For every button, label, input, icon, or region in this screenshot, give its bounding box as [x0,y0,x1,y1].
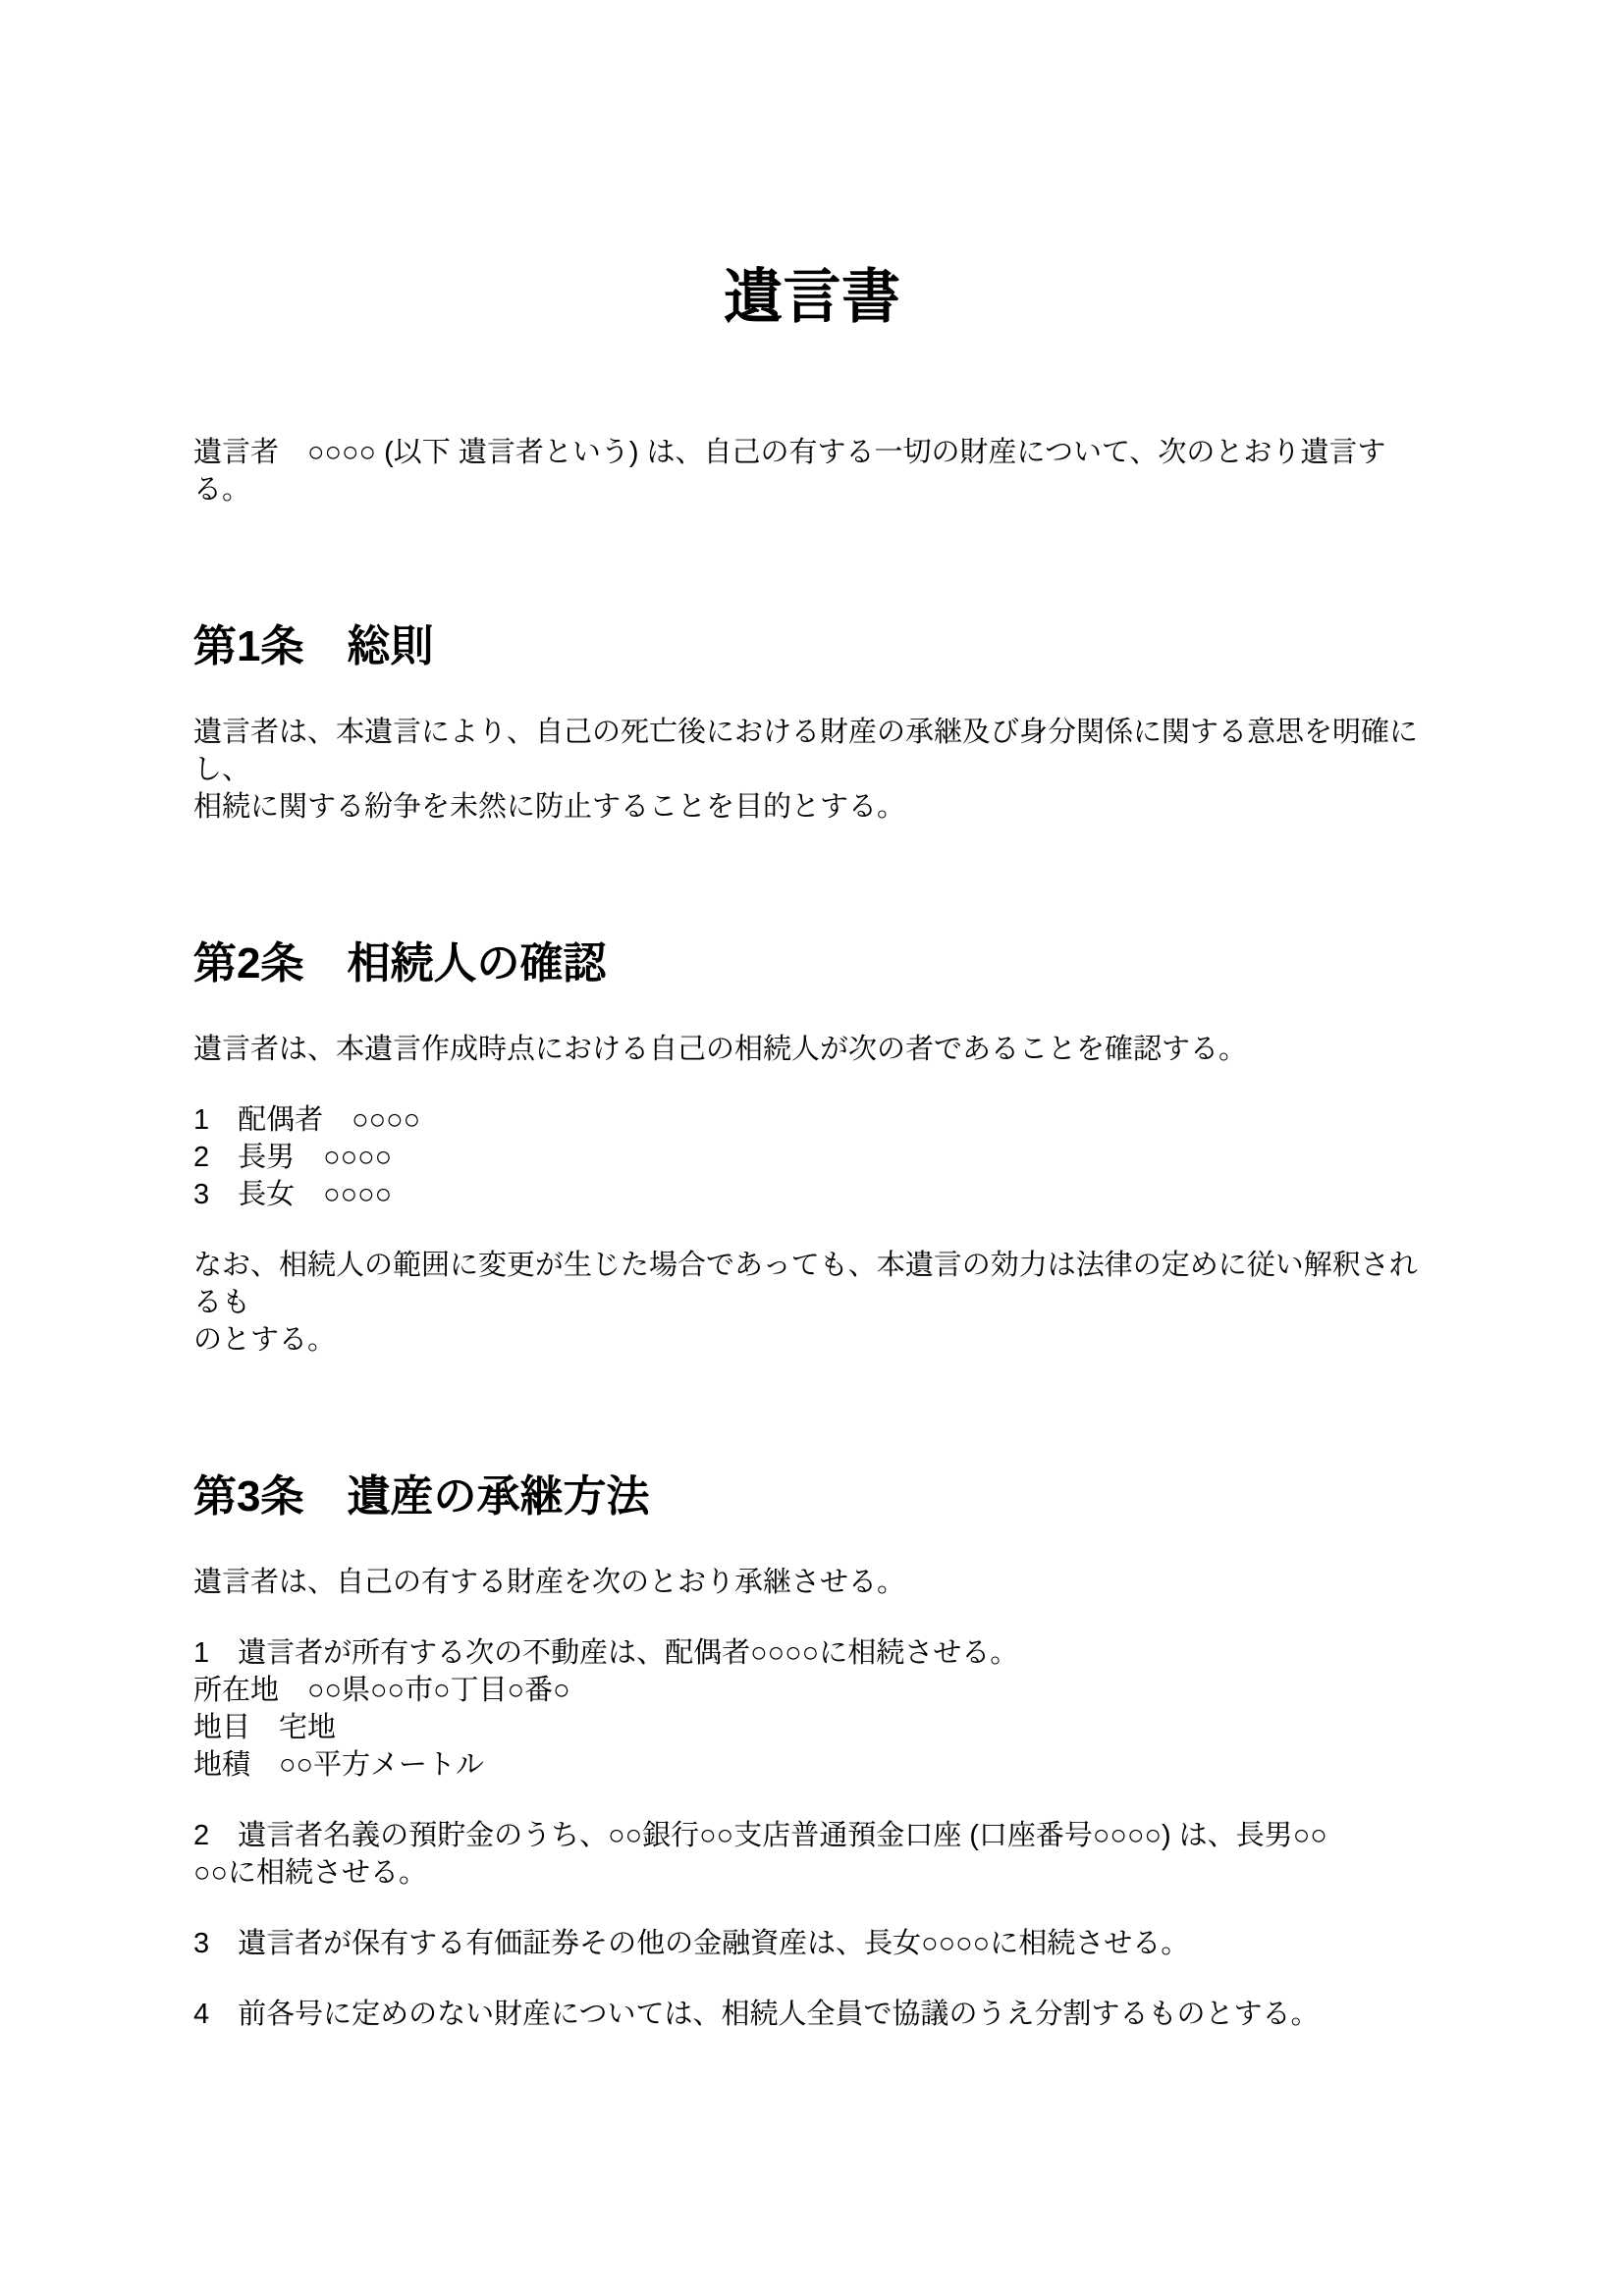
section-3-item-3-securities: 3 遺言者が保有する有価証券その他の金融資産は、長女○○○○に相続させる。 [193,1925,1431,1962]
section-2-heading: 第2条 相続人の確認 [193,935,1431,991]
document-title: 遺言書 [193,259,1431,336]
preamble-paragraph: 遺言者 ○○○○ (以下 遺言者という) は、自己の有する一切の財産について、次… [193,434,1431,508]
section-1: 第1条 総則 遺言者は、本遺言により、自己の死亡後における財産の承継及び身分関係… [193,618,1431,826]
section-3-paragraph-intro: 遺言者は、自己の有する財産を次のとおり承継させる。 [193,1564,1431,1601]
section-2-paragraph-note: なお、相続人の範囲に変更が生じた場合であっても、本遺言の効力は法律の定めに従い解… [193,1247,1431,1359]
section-3-item-1-real-estate: 1 遺言者が所有する次の不動産は、配偶者○○○○に相続させる。 所在地 ○○県○… [193,1634,1431,1784]
section-1-heading: 第1条 総則 [193,618,1431,674]
section-3-heading: 第3条 遺産の承継方法 [193,1468,1431,1524]
section-3-item-2-deposits: 2 遺言者名義の預貯金のうち、○○銀行○○支店普通預金口座 (口座番号○○○○)… [193,1817,1431,1892]
section-3: 第3条 遺産の承継方法 遺言者は、自己の有する財産を次のとおり承継させる。 1 … [193,1468,1431,2033]
document-page: 遺言書 遺言者 ○○○○ (以下 遺言者という) は、自己の有する一切の財産につ… [0,0,1624,2296]
section-1-paragraph-purpose: 遺言者は、本遺言により、自己の死亡後における財産の承継及び身分関係に関する意思を… [193,714,1431,826]
section-2-paragraph-intro: 遺言者は、本遺言作成時点における自己の相続人が次の者であることを確認する。 [193,1031,1431,1068]
section-3-item-4-remainder: 4 前各号に定めのない財産については、相続人全員で協議のうえ分割するものとする。 [193,1996,1431,2033]
heirs-list: 1 配偶者 ○○○○ 2 長男 ○○○○ 3 長女 ○○○○ [193,1101,1431,1213]
section-2: 第2条 相続人の確認 遺言者は、本遺言作成時点における自己の相続人が次の者である… [193,935,1431,1359]
